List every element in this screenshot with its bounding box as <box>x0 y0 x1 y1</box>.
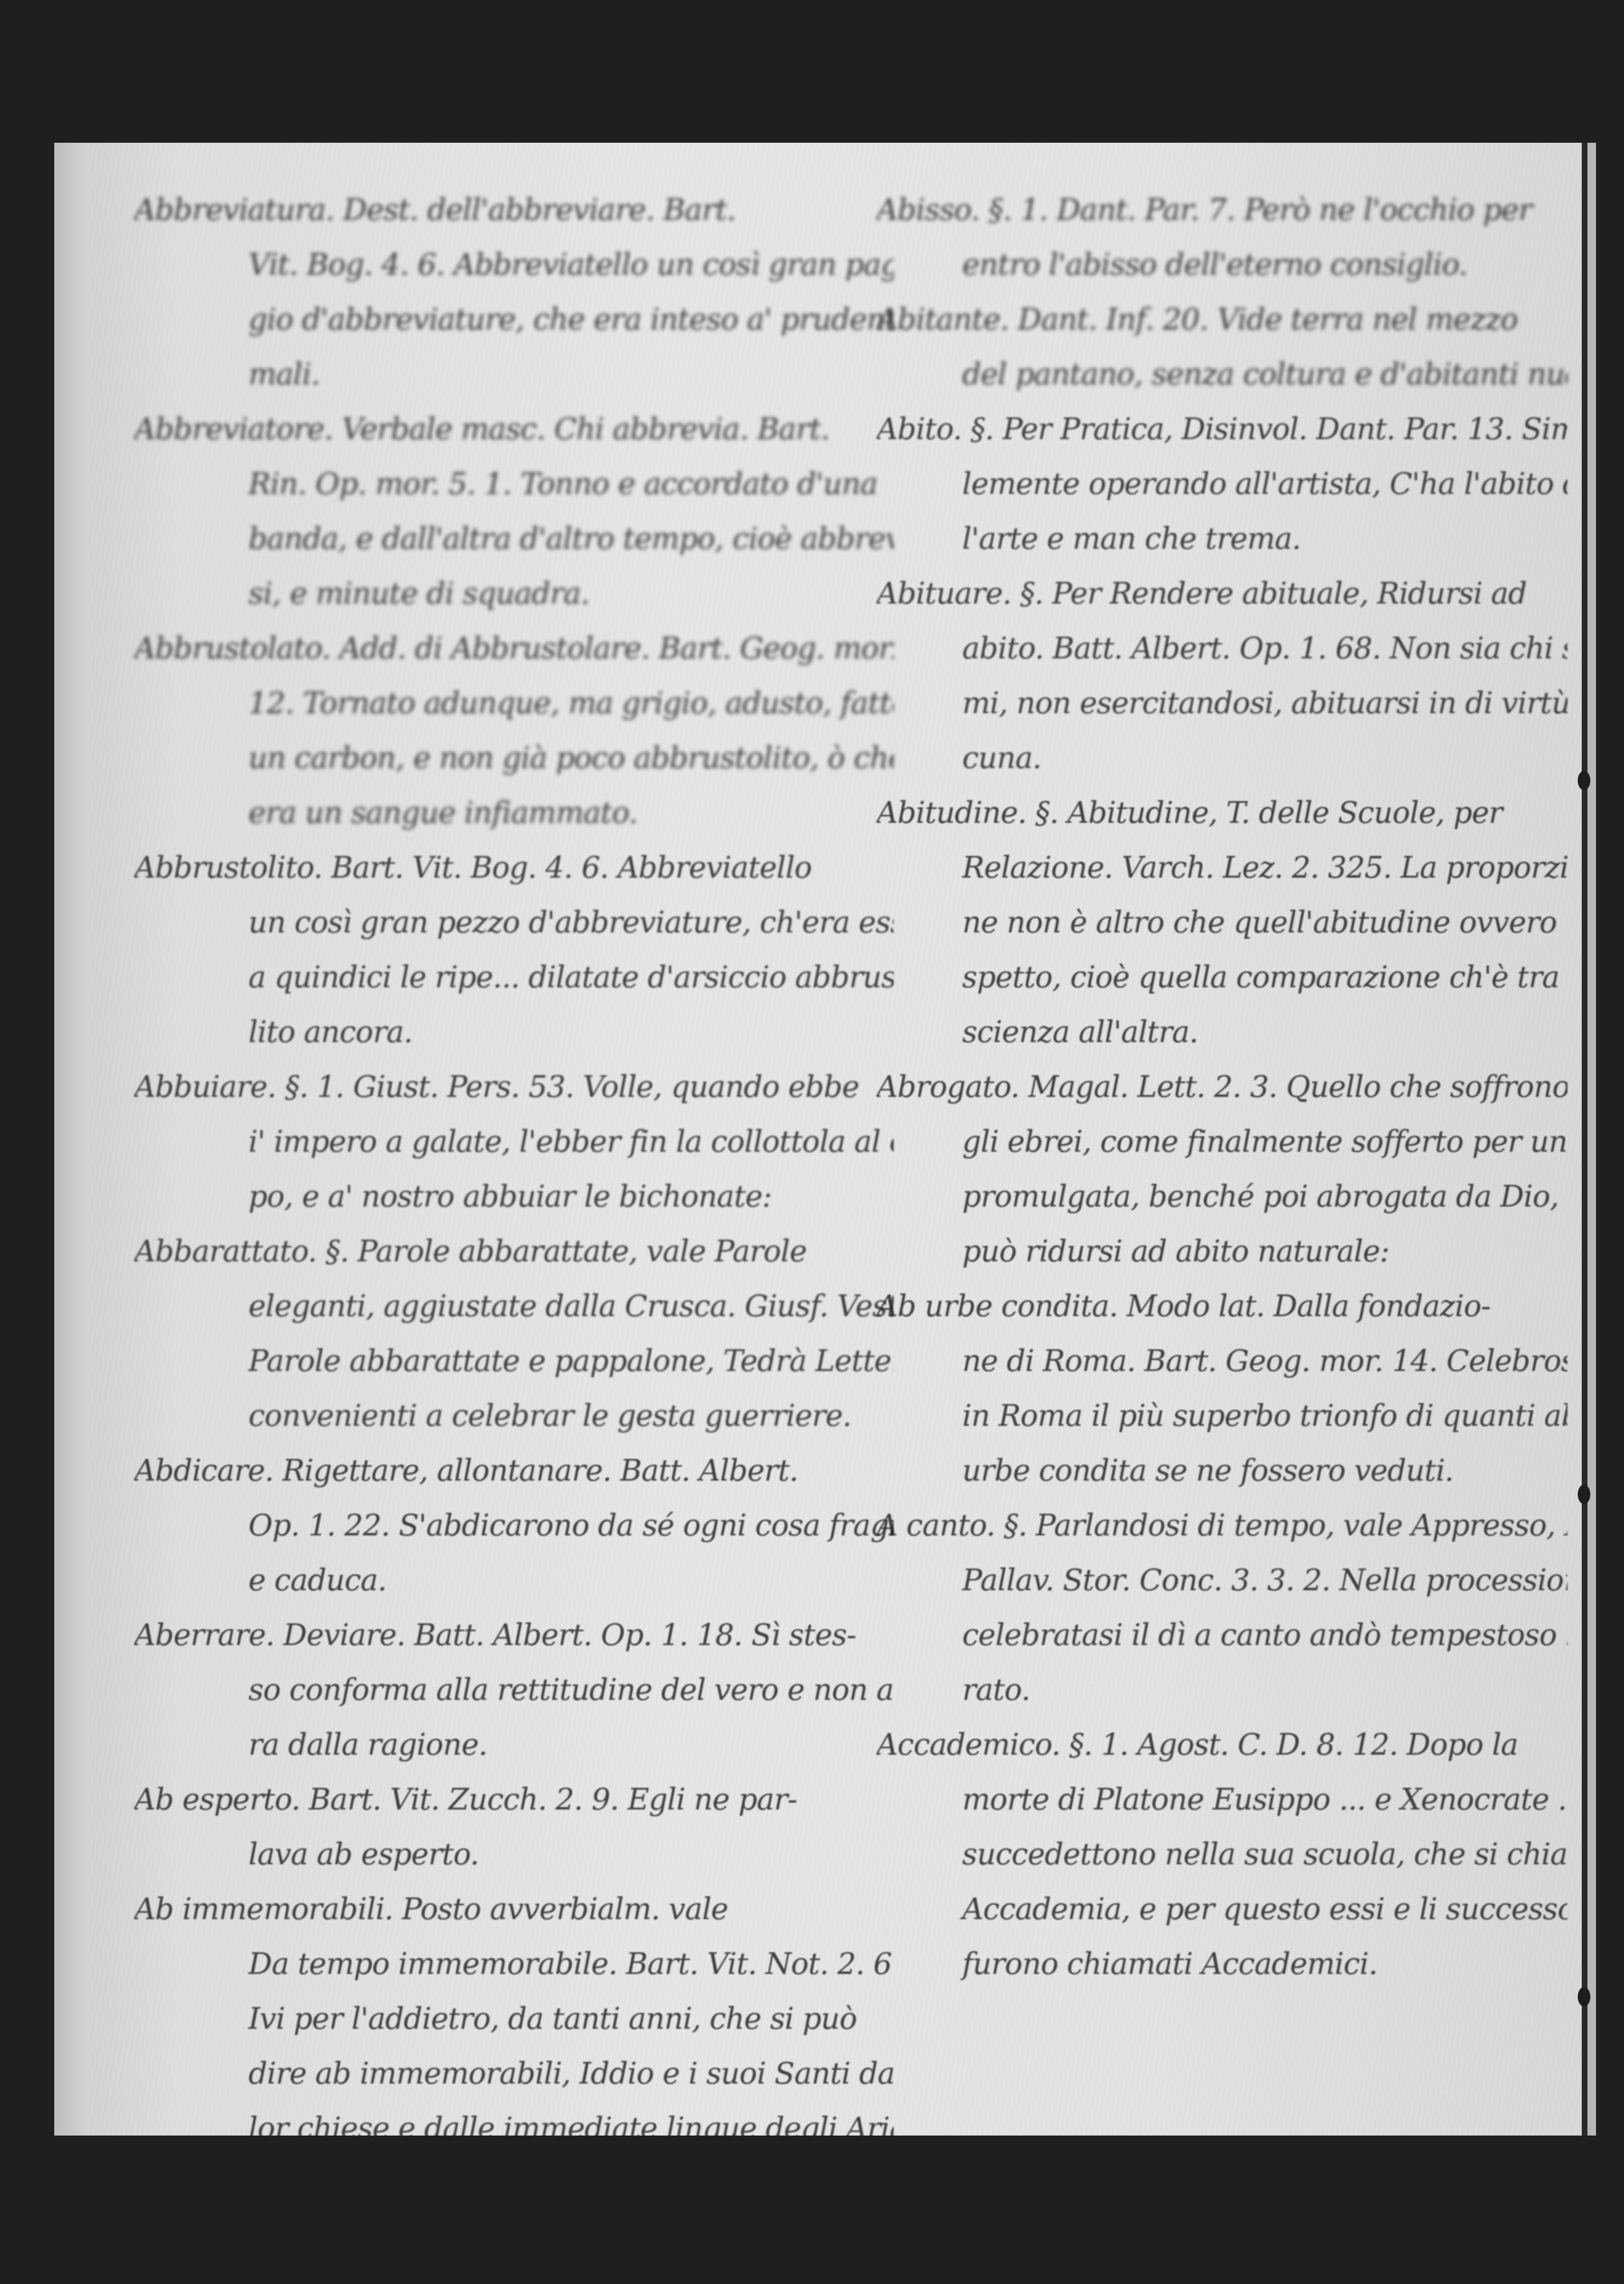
entry-line: celebratasi il dì a canto andò tempestos… <box>877 1608 1567 1663</box>
entry-line: Aberrare. Deviare. Batt. Albert. Op. 1. … <box>134 1608 894 1663</box>
entry-line: a quindici le ripe... dilatate d'arsicci… <box>134 950 894 1005</box>
entry-line: ne non è altro che quell'abitudine ovver… <box>877 895 1567 950</box>
entry-line: A canto. §. Parlandosi di tempo, vale Ap… <box>877 1498 1567 1553</box>
entry-line: Abbreviatore. Verbale masc. Chi abbrevia… <box>134 402 894 457</box>
right-column: Abisso. §. 1. Dant. Par. 7. Però ne l'oc… <box>877 183 1567 1992</box>
entry-line: Abbarattato. §. Parole abbarattate, vale… <box>134 1224 894 1279</box>
dictionary-entry: Abrogato. Magal. Lett. 2. 3. Quello che … <box>877 1060 1567 1279</box>
dictionary-entry: A canto. §. Parlandosi di tempo, vale Ap… <box>877 1498 1567 1718</box>
entry-line: Abbuiare. §. 1. Giust. Pers. 53. Volle, … <box>134 1060 894 1115</box>
entry-line: Ab immemorabili. Posto avverbialm. vale <box>134 1882 894 1937</box>
entry-line: lor chiese e dalle immediate lingue degl… <box>134 2101 894 2136</box>
dictionary-entry: Aberrare. Deviare. Batt. Albert. Op. 1. … <box>134 1608 894 1772</box>
dictionary-entry: Ab esperto. Bart. Vit. Zucch. 2. 9. Egli… <box>134 1772 894 1882</box>
entry-line: furono chiamati Accademici. <box>877 1937 1567 1992</box>
entry-line: mi, non esercitandosi, abituarsi in di v… <box>877 676 1567 731</box>
entry-line: Relazione. Varch. Lez. 2. 325. La propor… <box>877 841 1567 895</box>
entry-line: Abdicare. Rigettare, allontanare. Batt. … <box>134 1443 894 1498</box>
entry-line: Pallav. Stor. Conc. 3. 3. 2. Nella proce… <box>877 1553 1567 1608</box>
dictionary-entry: Abisso. §. 1. Dant. Par. 7. Però ne l'oc… <box>877 183 1567 292</box>
entry-line: Abbrustolato. Add. di Abbrustolare. Bart… <box>134 621 894 676</box>
entry-line: dire ab immemorabili, Iddio e i suoi San… <box>134 2046 894 2101</box>
entry-line: i' impero a galate, l'ebber fin la collo… <box>134 1115 894 1169</box>
dictionary-entry: Abituare. §. Per Rendere abituale, Ridur… <box>877 566 1567 786</box>
entry-line: Abbrustolito. Bart. Vit. Bog. 4. 6. Abbr… <box>134 841 894 895</box>
entry-line: Abitante. Dant. Inf. 20. Vide terra nel … <box>877 292 1567 347</box>
entry-line: banda, e dall'altra d'altro tempo, cioè … <box>134 512 894 566</box>
entry-line: e caduca. <box>134 1553 894 1608</box>
dictionary-entry: Abbreviatore. Verbale masc. Chi abbrevia… <box>134 402 894 621</box>
entry-line: Ivi per l'addietro, da tanti anni, che s… <box>134 1992 894 2046</box>
entry-line: scienza all'altra. <box>877 1005 1567 1060</box>
entry-line: ra dalla ragione. <box>134 1718 894 1772</box>
entry-line: Abbreviatura. Dest. dell'abbreviare. Bar… <box>134 183 894 238</box>
entry-line: Abisso. §. 1. Dant. Par. 7. Però ne l'oc… <box>877 183 1567 238</box>
dictionary-entry: Abitante. Dant. Inf. 20. Vide terra nel … <box>877 292 1567 402</box>
entry-line: abito. Batt. Albert. Op. 1. 68. Non sia … <box>877 621 1567 676</box>
entry-line: Parole abbarattate e pappalone, Tedrà Le… <box>134 1334 894 1389</box>
entry-line: l'arte e man che trema. <box>877 512 1567 566</box>
dictionary-entry: Ab immemorabili. Posto avverbialm. vale … <box>134 1882 894 2136</box>
dictionary-entry: Ab urbe condita. Modo lat. Dalla fondazi… <box>877 1279 1567 1498</box>
entry-line: Abrogato. Magal. Lett. 2. 3. Quello che … <box>877 1060 1567 1115</box>
entry-line: può ridursi ad abito naturale: <box>877 1224 1567 1279</box>
entry-line: urbe condita se ne fossero veduti. <box>877 1443 1567 1498</box>
entry-line: lito ancora. <box>134 1005 894 1060</box>
entry-line: un carbon, e non già poco abbrustolito, … <box>134 731 894 786</box>
entry-line: so conforma alla rettitudine del vero e … <box>134 1663 894 1718</box>
left-column: Abbreviatura. Dest. dell'abbreviare. Bar… <box>134 183 894 2136</box>
entry-line: Accademico. §. 1. Agost. C. D. 8. 12. Do… <box>877 1718 1567 1772</box>
entry-line: rato. <box>877 1663 1567 1718</box>
entry-line: Ab esperto. Bart. Vit. Zucch. 2. 9. Egli… <box>134 1772 894 1827</box>
manuscript-page: Abbreviatura. Dest. dell'abbreviare. Bar… <box>54 143 1596 2136</box>
page-right-edge <box>1587 143 1596 2136</box>
entry-line: un così gran pezzo d'abbreviature, ch'er… <box>134 895 894 950</box>
entry-line: Abitudine. §. Abitudine, T. delle Scuole… <box>877 786 1567 841</box>
entry-line: Rin. Op. mor. 5. 1. Tonno e accordato d'… <box>134 457 894 512</box>
entry-line: entro l'abisso dell'eterno consiglio. <box>877 238 1567 292</box>
entry-line: del pantano, senza coltura e d'abitanti … <box>877 347 1567 402</box>
entry-line: promulgata, benché poi abrogata da Dio, … <box>877 1169 1567 1224</box>
page-right-rule <box>1582 143 1587 2136</box>
entry-line: eleganti, aggiustate dalla Crusca. Giusf… <box>134 1279 894 1334</box>
entry-line: cuna. <box>877 731 1567 786</box>
entry-line: 12. Tornato adunque, ma grigio, adusto, … <box>134 676 894 731</box>
entry-line: convenienti a celebrar le gesta guerrier… <box>134 1389 894 1443</box>
dictionary-entry: Abito. §. Per Pratica, Disinvol. Dant. P… <box>877 402 1567 566</box>
dictionary-entry: Abbrustolato. Add. di Abbrustolare. Bart… <box>134 621 894 841</box>
entry-line: Abituare. §. Per Rendere abituale, Ridur… <box>877 566 1567 621</box>
entry-line: si, e minute di squadra. <box>134 566 894 621</box>
entry-line: era un sangue infiammato. <box>134 786 894 841</box>
dictionary-entry: Accademico. §. 1. Agost. C. D. 8. 12. Do… <box>877 1718 1567 1992</box>
dictionary-entry: Abbreviatura. Dest. dell'abbreviare. Bar… <box>134 183 894 402</box>
entry-line: Accademia, e per questo essi e li succes… <box>877 1882 1567 1937</box>
entry-line: Op. 1. 22. S'abdicarono da sé ogni cosa … <box>134 1498 894 1553</box>
page-gutter-shadow <box>54 143 89 2136</box>
entry-line: Abito. §. Per Pratica, Disinvol. Dant. P… <box>877 402 1567 457</box>
entry-line: gli ebrei, come finalmente sofferto per … <box>877 1115 1567 1169</box>
binding-thread-mark <box>1578 1485 1590 1504</box>
entry-line: in Roma il più superbo trionfo di quanti… <box>877 1389 1567 1443</box>
binding-thread-mark <box>1578 771 1590 790</box>
entry-line: Vit. Bog. 4. 6. Abbreviatello un così gr… <box>134 238 894 292</box>
entry-line: lemente operando all'artista, C'ha l'abi… <box>877 457 1567 512</box>
dictionary-entry: Abbrustolito. Bart. Vit. Bog. 4. 6. Abbr… <box>134 841 894 1060</box>
entry-line: succedettono nella sua scuola, che si ch… <box>877 1827 1567 1882</box>
dictionary-entry: Abdicare. Rigettare, allontanare. Batt. … <box>134 1443 894 1608</box>
entry-line: morte di Platone Eusippo ... e Xenocrate… <box>877 1772 1567 1827</box>
binding-thread-mark <box>1578 1987 1590 2006</box>
entry-line: ne di Roma. Bart. Geog. mor. 14. Celebro… <box>877 1334 1567 1389</box>
entry-line: Da tempo immemorabile. Bart. Vit. Not. 2… <box>134 1937 894 1992</box>
dictionary-entry: Abbuiare. §. 1. Giust. Pers. 53. Volle, … <box>134 1060 894 1224</box>
entry-line: Ab urbe condita. Modo lat. Dalla fondazi… <box>877 1279 1567 1334</box>
entry-line: lava ab esperto. <box>134 1827 894 1882</box>
entry-line: po, e a' nostro abbuiar le bichonate: <box>134 1169 894 1224</box>
dictionary-entry: Abbarattato. §. Parole abbarattate, vale… <box>134 1224 894 1443</box>
entry-line: mali. <box>134 347 894 402</box>
entry-line: spetto, cioè quella comparazione ch'è tr… <box>877 950 1567 1005</box>
dictionary-entry: Abitudine. §. Abitudine, T. delle Scuole… <box>877 786 1567 1060</box>
entry-line: gio d'abbreviature, che era inteso a' pr… <box>134 292 894 347</box>
